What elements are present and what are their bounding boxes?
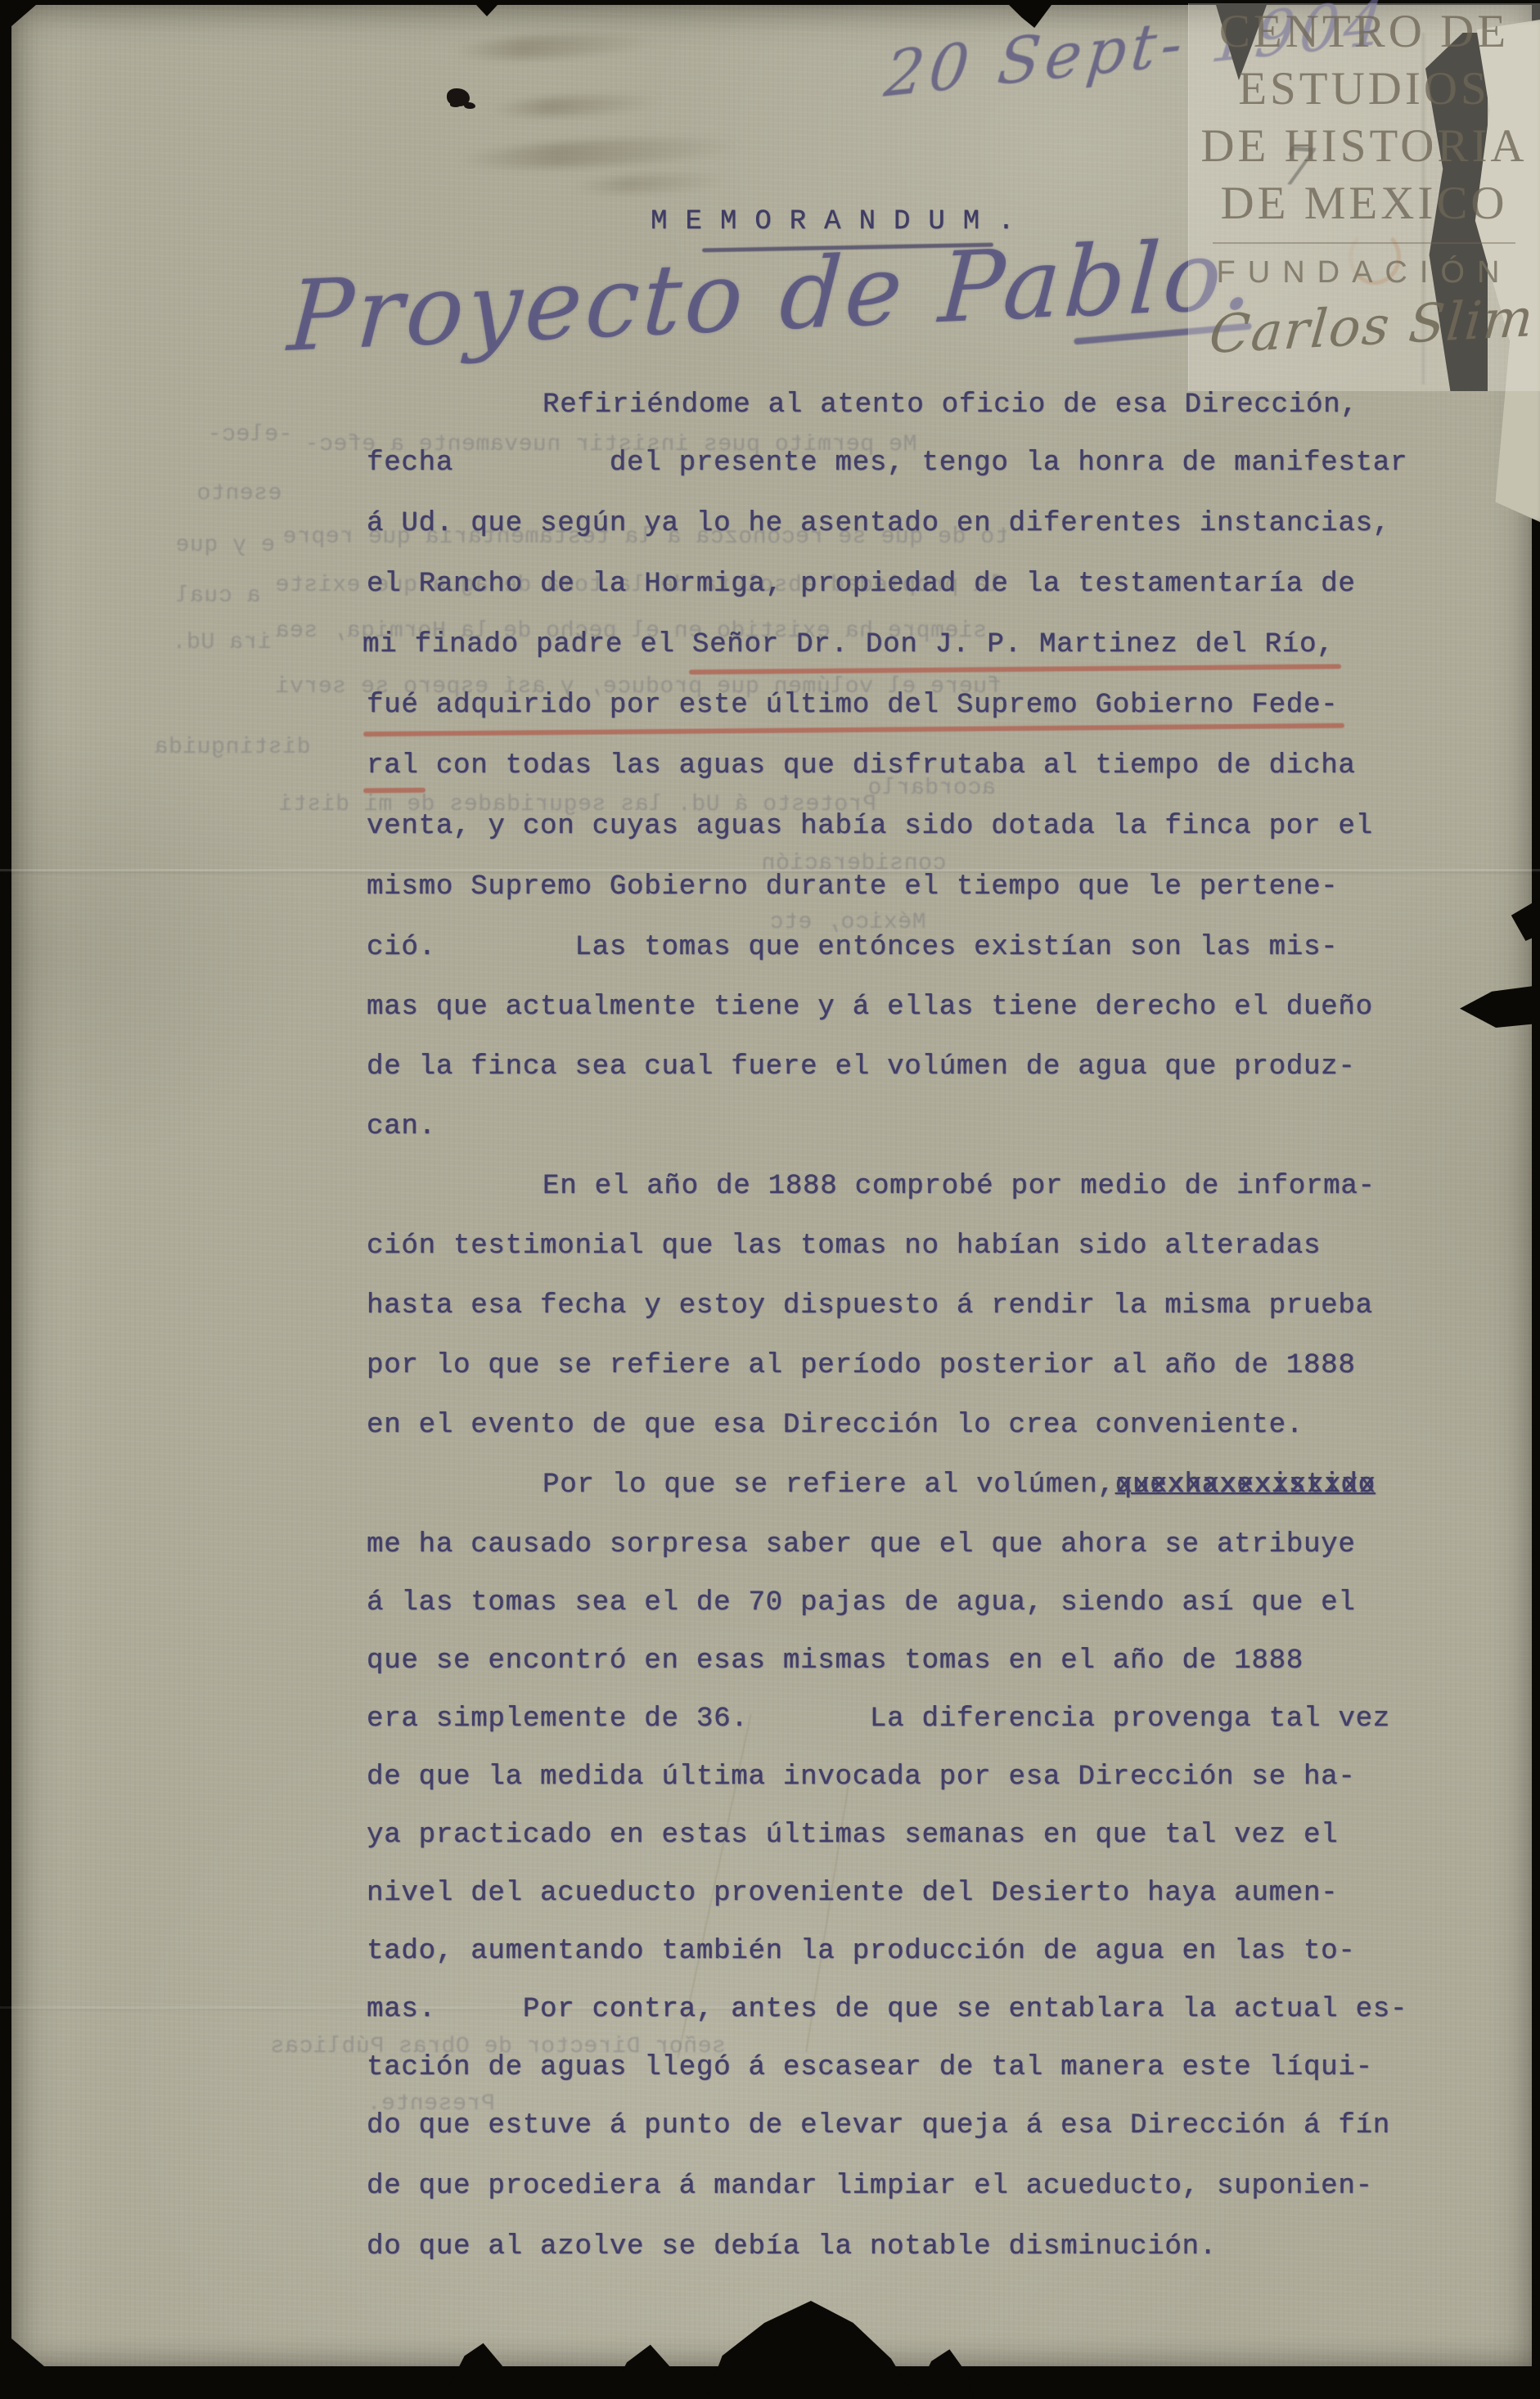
typed-text: el Rancho de la Hormiga, propiedad de la… bbox=[367, 569, 1356, 600]
typed-line: do que estuve á punto de elevar queja á … bbox=[367, 2112, 1390, 2140]
typed-line: tado, aumentando también la producción d… bbox=[367, 1938, 1356, 1965]
struck-out-text: quexhaxexistido bbox=[1115, 1470, 1376, 1501]
watermark-signature: Carlos Slim bbox=[1186, 288, 1540, 367]
typed-line: de que procediera á mandar limpiar el ac… bbox=[367, 2172, 1373, 2200]
typed-text: do que al azolve se debía la notable dis… bbox=[367, 2231, 1217, 2262]
watermark-line: DE MEXICO bbox=[1188, 175, 1540, 232]
typed-line: me ha causado sorpresa saber que el que … bbox=[367, 1531, 1356, 1559]
typed-text: can. bbox=[367, 1111, 436, 1142]
typed-line: era simplemente de 36. La diferencia pro… bbox=[367, 1705, 1390, 1733]
typed-line: el Rancho de la Hormiga, propiedad de la… bbox=[367, 570, 1356, 598]
typed-line: ció. Las tomas que entónces existían son… bbox=[367, 934, 1338, 961]
typed-line: do que al azolve se debía la notable dis… bbox=[367, 2233, 1217, 2261]
typed-line: mas. Por contra, antes de que se entabla… bbox=[367, 1996, 1407, 2023]
typed-text: mas que actualmente tiene y á ellas tien… bbox=[367, 992, 1373, 1023]
typed-text: Refiriéndome al atento oficio de esa Dir… bbox=[543, 389, 1358, 421]
typed-text: tación de aguas llegó á escasear de tal … bbox=[367, 2052, 1373, 2083]
bleedthrough-text: -elec- bbox=[207, 422, 292, 448]
typed-text: de que procediera á mandar limpiar el ac… bbox=[367, 2171, 1373, 2202]
typed-line: que se encontró en esas mismas tomas en … bbox=[367, 1647, 1304, 1675]
typed-line: de que la medida última invocada por esa… bbox=[367, 1763, 1356, 1791]
typed-text: era simplemente de 36. La diferencia pro… bbox=[367, 1704, 1390, 1735]
typed-line: can. bbox=[367, 1113, 436, 1141]
typed-text: ció. Las tomas que entónces existían son… bbox=[367, 932, 1338, 963]
watermark-line: DE HISTORIA bbox=[1188, 118, 1540, 175]
typed-line: hasta esa fecha y estoy dispuesto á rend… bbox=[367, 1292, 1373, 1320]
typed-text: mi finado padre el bbox=[362, 629, 692, 660]
typed-text: ya practicado en estas últimas semanas e… bbox=[367, 1820, 1338, 1851]
watermark-line: CENTRO DE bbox=[1188, 3, 1540, 61]
typed-text: hasta esa fecha y estoy dispuesto á rend… bbox=[367, 1290, 1373, 1321]
red-underlined-text: fué adquirido por este último del Suprem… bbox=[367, 690, 1338, 721]
typed-line: á las tomas sea el de 70 pajas de agua, … bbox=[367, 1589, 1356, 1617]
typed-text: con todas las aguas que disfrutaba al ti… bbox=[419, 750, 1356, 781]
typed-line: mas que actualmente tiene y á ellas tien… bbox=[367, 993, 1373, 1021]
typed-line: Refiriéndome al atento oficio de esa Dir… bbox=[543, 391, 1358, 419]
typed-text: En el año de 1888 comprobé por medio de … bbox=[543, 1171, 1376, 1202]
typed-text: nivel del acueducto proveniente del Desi… bbox=[367, 1878, 1338, 1909]
watermark-foundation: FUNDACIÓN bbox=[1188, 255, 1540, 290]
archive-watermark: CENTRO DE ESTUDIOS DE HISTORIA DE MEXICO… bbox=[1188, 3, 1540, 391]
typed-text: fecha del presente mes, tengo la honra d… bbox=[367, 448, 1407, 479]
bleedthrough-text: ira Ud. bbox=[172, 630, 272, 655]
bleedthrough-text: distinguida bbox=[154, 735, 310, 760]
typed-line: á Ud. que según ya lo he asentado en dif… bbox=[367, 510, 1390, 538]
typed-text: en el evento de que esa Dirección lo cre… bbox=[367, 1410, 1304, 1441]
watermark-divider bbox=[1213, 242, 1515, 244]
red-underlined-text: ral bbox=[367, 750, 419, 781]
typed-line: fecha del presente mes, tengo la honra d… bbox=[367, 449, 1407, 477]
scanned-document-photo: -elec-esentoe y quea cualira Ud.distingu… bbox=[0, 0, 1540, 2399]
typed-line: nivel del acueducto proveniente del Desi… bbox=[367, 1879, 1338, 1907]
typed-text: de la finca sea cual fuere el volúmen de… bbox=[367, 1051, 1356, 1082]
typed-text: ción testimonial que las tomas no habían… bbox=[367, 1231, 1321, 1262]
typed-text: mas. Por contra, antes de que se entabla… bbox=[367, 1994, 1407, 2025]
typed-text: Por lo que se refiere al volúmen, bbox=[543, 1470, 1115, 1501]
typed-line: por lo que se refiere al período posteri… bbox=[367, 1352, 1356, 1380]
typed-line: mismo Supremo Gobierno durante el tiempo… bbox=[367, 873, 1338, 901]
typed-text: por lo que se refiere al período posteri… bbox=[367, 1350, 1356, 1381]
typed-text: do que estuve á punto de elevar queja á … bbox=[367, 2110, 1390, 2141]
typed-line: venta, y con cuyas aguas había sido dota… bbox=[367, 812, 1373, 840]
typed-text: de que la medida última invocada por esa… bbox=[367, 1762, 1356, 1793]
typed-text: á Ud. que según ya lo he asentado en dif… bbox=[367, 508, 1390, 539]
typed-line: tación de aguas llegó á escasear de tal … bbox=[367, 2054, 1373, 2082]
typed-text: tado, aumentando también la producción d… bbox=[367, 1936, 1356, 1967]
bleedthrough-text: e y que bbox=[175, 533, 275, 558]
typed-line: ya practicado en estas últimas semanas e… bbox=[367, 1821, 1338, 1849]
typed-line: mi finado padre el Señor Dr. Don J. P. M… bbox=[362, 631, 1334, 659]
typed-text: me ha causado sorpresa saber que el que … bbox=[367, 1529, 1356, 1560]
bleedthrough-text: a cual bbox=[175, 583, 260, 609]
typed-line: de la finca sea cual fuere el volúmen de… bbox=[367, 1053, 1356, 1081]
typed-line: en el evento de que esa Dirección lo cre… bbox=[367, 1411, 1304, 1439]
typed-text: venta, y con cuyas aguas había sido dota… bbox=[367, 811, 1373, 842]
red-underlined-text: Señor Dr. Don J. P. Martinez del Río, bbox=[692, 629, 1335, 660]
typed-line: fué adquirido por este último del Suprem… bbox=[367, 691, 1338, 719]
ink-blot bbox=[447, 88, 470, 106]
typed-line: Por lo que se refiere al volúmen,quexhax… bbox=[543, 1471, 1376, 1499]
typed-line: En el año de 1888 comprobé por medio de … bbox=[543, 1172, 1376, 1200]
typed-line: ral con todas las aguas que disfrutaba a… bbox=[367, 752, 1356, 780]
typed-text: mismo Supremo Gobierno durante el tiempo… bbox=[367, 871, 1338, 902]
typed-line: ción testimonial que las tomas no habían… bbox=[367, 1232, 1321, 1260]
bleedthrough-text: esento bbox=[196, 481, 281, 506]
typed-text: que se encontró en esas mismas tomas en … bbox=[367, 1645, 1304, 1677]
watermark-line: ESTUDIOS bbox=[1188, 61, 1540, 118]
typed-text: á las tomas sea el de 70 pajas de agua, … bbox=[367, 1587, 1356, 1618]
